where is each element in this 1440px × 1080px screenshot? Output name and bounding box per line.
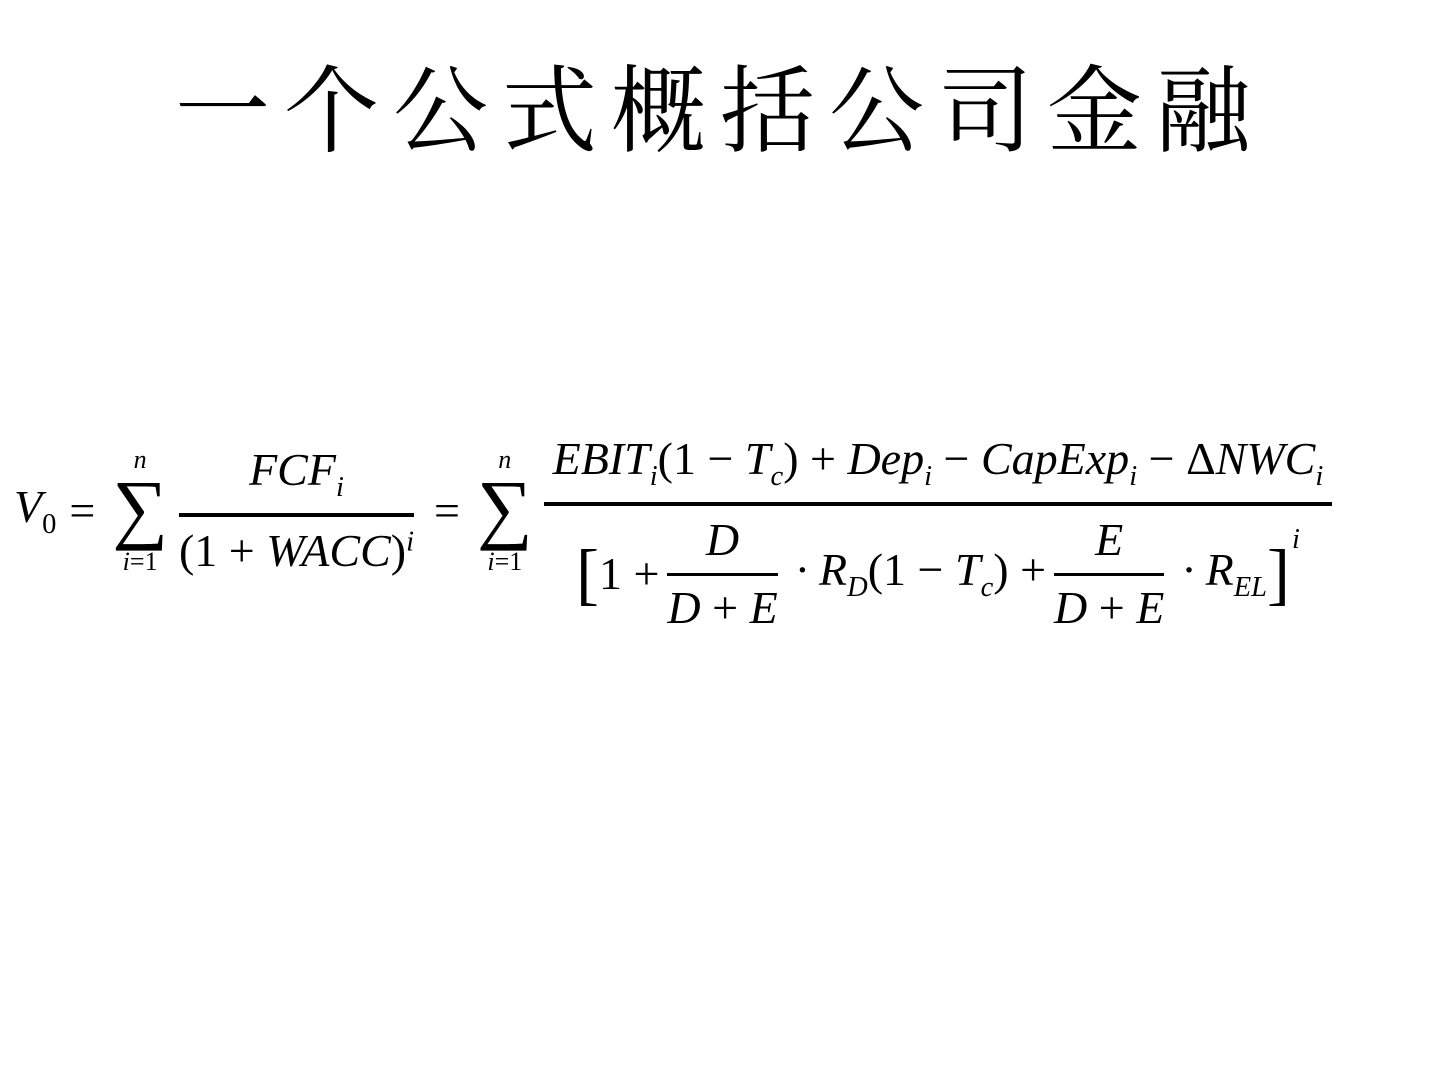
frac1-den-close: ) — [391, 525, 406, 576]
equity-weight-denominator: D + E — [1054, 576, 1164, 635]
den2-close-plus: ) + — [993, 544, 1046, 595]
var-e: E — [750, 582, 778, 633]
lhs-value-v0: V0 — [14, 481, 56, 542]
equals-sign-2: = — [434, 485, 460, 538]
sigma-icon: ∑ — [112, 475, 168, 541]
den2-one-plus: 1 + — [599, 548, 659, 601]
var-r-equity: R — [1206, 544, 1234, 595]
v-subscript-0: 0 — [42, 509, 56, 540]
var-tax-t: T — [955, 544, 981, 595]
cost-of-equity-term: ·REL — [1172, 544, 1267, 605]
sum2-lower-rest: =1 — [495, 547, 523, 576]
num2-close-plus: ) + — [783, 433, 847, 484]
var-e: E — [1136, 582, 1164, 633]
sum1-lower-limit: i=1 — [123, 549, 158, 575]
slide-title: 一个公式概括公司金融 — [0, 58, 1440, 167]
var-fcf: FCF — [249, 444, 336, 495]
sum1-lower-rest: =1 — [130, 547, 158, 576]
num2-minus-1: − — [932, 433, 981, 484]
frac1-denominator: (1 + WACC)i — [179, 517, 414, 578]
cost-of-debt-term: ·RD(1 − Tc) + — [786, 544, 1046, 605]
den2-open-paren: (1 − — [868, 544, 955, 595]
equals-sign-1: = — [69, 485, 95, 538]
debt-weight-numerator: D — [667, 514, 777, 576]
sigma-icon: ∑ — [477, 475, 533, 541]
num2-open-paren: (1 − — [658, 433, 745, 484]
var-nwc: NWC — [1216, 433, 1316, 484]
var-v: V — [14, 481, 42, 532]
dcf-wacc-formula: V0 = n ∑ i=1 FCFi (1 + WACC)i = n ∑ i=1 … — [14, 401, 1438, 621]
var-d: D — [1054, 582, 1087, 633]
frac2-denominator: [ 1 + D D + E ·RD(1 − Tc) + E D + E ·REL… — [544, 506, 1333, 635]
plus-sign: + — [1087, 582, 1136, 633]
frac2-numerator: EBITi(1 − Tc) + Depi − CapExpi − ΔNWCi — [544, 433, 1333, 506]
nwc-subscript: i — [1315, 461, 1323, 492]
ebit-subscript: i — [650, 461, 658, 492]
var-wacc: WACC — [266, 525, 391, 576]
frac1-den-open: (1 + — [179, 525, 266, 576]
var-ebit: EBIT — [553, 433, 650, 484]
frac2-exponent: i — [1292, 524, 1300, 557]
r-subscript-el: EL — [1234, 572, 1267, 603]
var-d: D — [706, 514, 739, 565]
plus-sign: + — [701, 582, 750, 633]
frac1-exponent: i — [406, 526, 414, 557]
fraction-ebit-over-capital-cost: EBITi(1 − Tc) + Depi − CapExpi − ΔNWCi [… — [544, 433, 1333, 634]
equity-weight-fraction: E D + E — [1054, 514, 1164, 635]
fraction-fcf-over-wacc: FCFi (1 + WACC)i — [179, 444, 414, 578]
var-e: E — [1095, 514, 1123, 565]
sum2-index-var: i — [487, 547, 494, 576]
summation-2: n ∑ i=1 — [477, 447, 533, 575]
debt-weight-denominator: D + E — [667, 576, 777, 635]
capexp-subscript: i — [1129, 461, 1137, 492]
open-bracket: [ — [576, 547, 599, 602]
t-subscript-c: c — [981, 572, 994, 603]
slide-canvas: 一个公式概括公司金融 V0 = n ∑ i=1 FCFi (1 + WACC)i… — [0, 0, 1440, 1080]
close-bracket: ] — [1267, 547, 1290, 602]
var-r-debt: R — [819, 544, 847, 595]
r-subscript-d: D — [847, 572, 868, 603]
delta-symbol: Δ — [1186, 433, 1216, 484]
equity-weight-numerator: E — [1054, 514, 1164, 576]
debt-weight-fraction: D D + E — [667, 514, 777, 635]
fcf-subscript: i — [336, 472, 344, 503]
var-dep: Dep — [847, 433, 924, 484]
var-d: D — [667, 582, 700, 633]
summation-1: n ∑ i=1 — [112, 447, 168, 575]
var-capexp: CapExp — [981, 433, 1129, 484]
frac1-numerator: FCFi — [179, 444, 414, 517]
sum2-lower-limit: i=1 — [487, 549, 522, 575]
var-tax-t: T — [745, 433, 771, 484]
sum1-index-var: i — [123, 547, 130, 576]
num2-minus-2: − — [1137, 433, 1186, 484]
multiply-dot-icon: · — [795, 544, 810, 595]
multiply-dot-icon: · — [1181, 544, 1196, 595]
t-subscript-c: c — [771, 461, 784, 492]
